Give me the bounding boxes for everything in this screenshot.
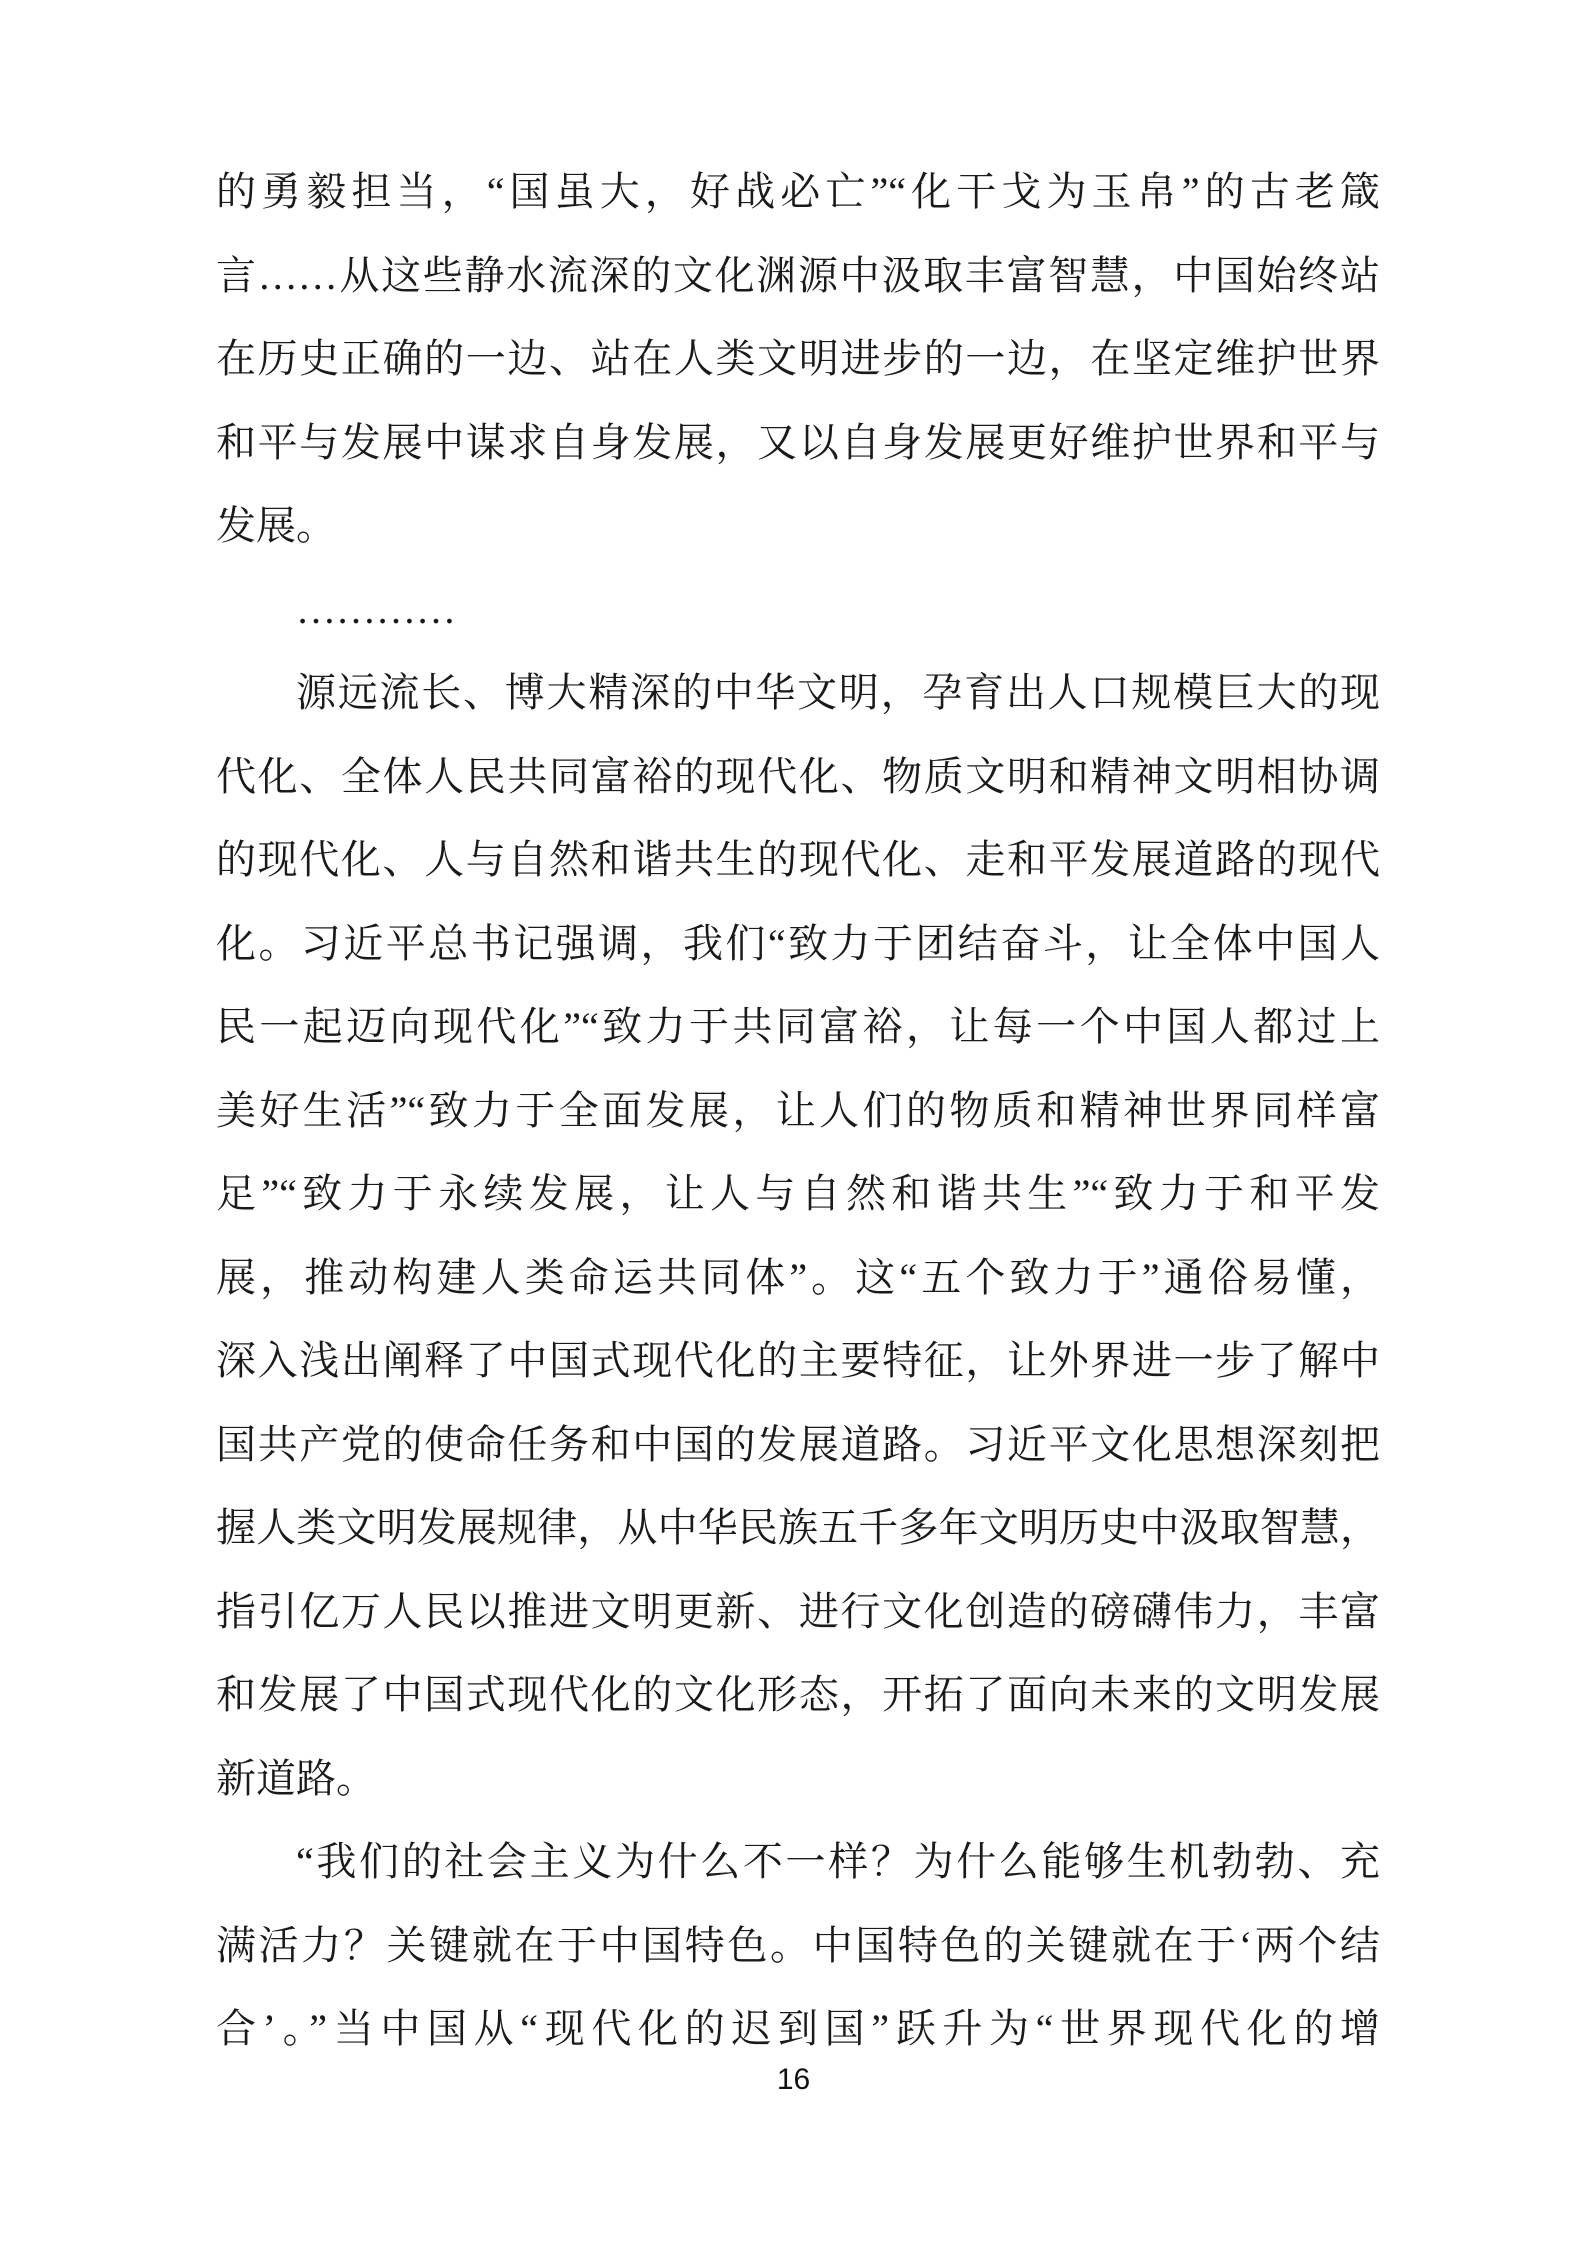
text-line: 发展。	[216, 484, 1380, 568]
page-footer: 16	[0, 2058, 1587, 2102]
text-line: 化。习近平总书记强调，我们“致力于团结奋斗，让全体中国人	[216, 902, 1380, 986]
text-line: 在历史正确的一边、站在人类文明进步的一边，在坚定维护世界	[216, 317, 1380, 401]
document-page: 的勇毅担当，“国虽大，好战必亡”“化干戈为玉帛”的古老箴言……从这些静水流深的文…	[0, 0, 1587, 2245]
text-line: 国共产党的使命任务和中国的发展道路。习近平文化思想深刻把	[216, 1403, 1380, 1487]
text-line: …………	[216, 568, 1380, 652]
text-line: 满活力？关键就在于中国特色。中国特色的关键就在于‘两个结	[216, 1904, 1380, 1988]
text-line: 美好生活”“致力于全面发展，让人们的物质和精神世界同样富	[216, 1069, 1380, 1153]
text-line: 握人类文明发展规律，从中华民族五千多年文明历史中汲取智慧，	[216, 1486, 1380, 1570]
text-line: 足”“致力于永续发展，让人与自然和谐共生”“致力于和平发	[216, 1152, 1380, 1236]
text-line: 的现代化、人与自然和谐共生的现代化、走和平发展道路的现代	[216, 818, 1380, 902]
text-line: 代化、全体人民共同富裕的现代化、物质文明和精神文明相协调	[216, 735, 1380, 819]
text-line: 新道路。	[216, 1737, 1380, 1821]
text-line: “我们的社会主义为什么不一样？为什么能够生机勃勃、充	[216, 1820, 1380, 1904]
text-line: 民一起迈向现代化”“致力于共同富裕，让每一个中国人都过上	[216, 985, 1380, 1069]
body-text: 的勇毅担当，“国虽大，好战必亡”“化干戈为玉帛”的古老箴言……从这些静水流深的文…	[216, 150, 1380, 2071]
text-line: 的勇毅担当，“国虽大，好战必亡”“化干戈为玉帛”的古老箴	[216, 150, 1380, 234]
text-line: 指引亿万人民以推进文明更新、进行文化创造的磅礴伟力，丰富	[216, 1570, 1380, 1654]
text-line: 展，推动构建人类命运共同体”。这“五个致力于”通俗易懂，	[216, 1236, 1380, 1320]
text-line: 和平与发展中谋求自身发展，又以自身发展更好维护世界和平与	[216, 401, 1380, 485]
text-line: 言……从这些静水流深的文化渊源中汲取丰富智慧，中国始终站	[216, 234, 1380, 318]
page-number: 16	[777, 2063, 810, 2096]
text-line: 深入浅出阐释了中国式现代化的主要特征，让外界进一步了解中	[216, 1319, 1380, 1403]
text-line: 和发展了中国式现代化的文化形态，开拓了面向未来的文明发展	[216, 1653, 1380, 1737]
text-line: 源远流长、博大精深的中华文明，孕育出人口规模巨大的现	[216, 651, 1380, 735]
